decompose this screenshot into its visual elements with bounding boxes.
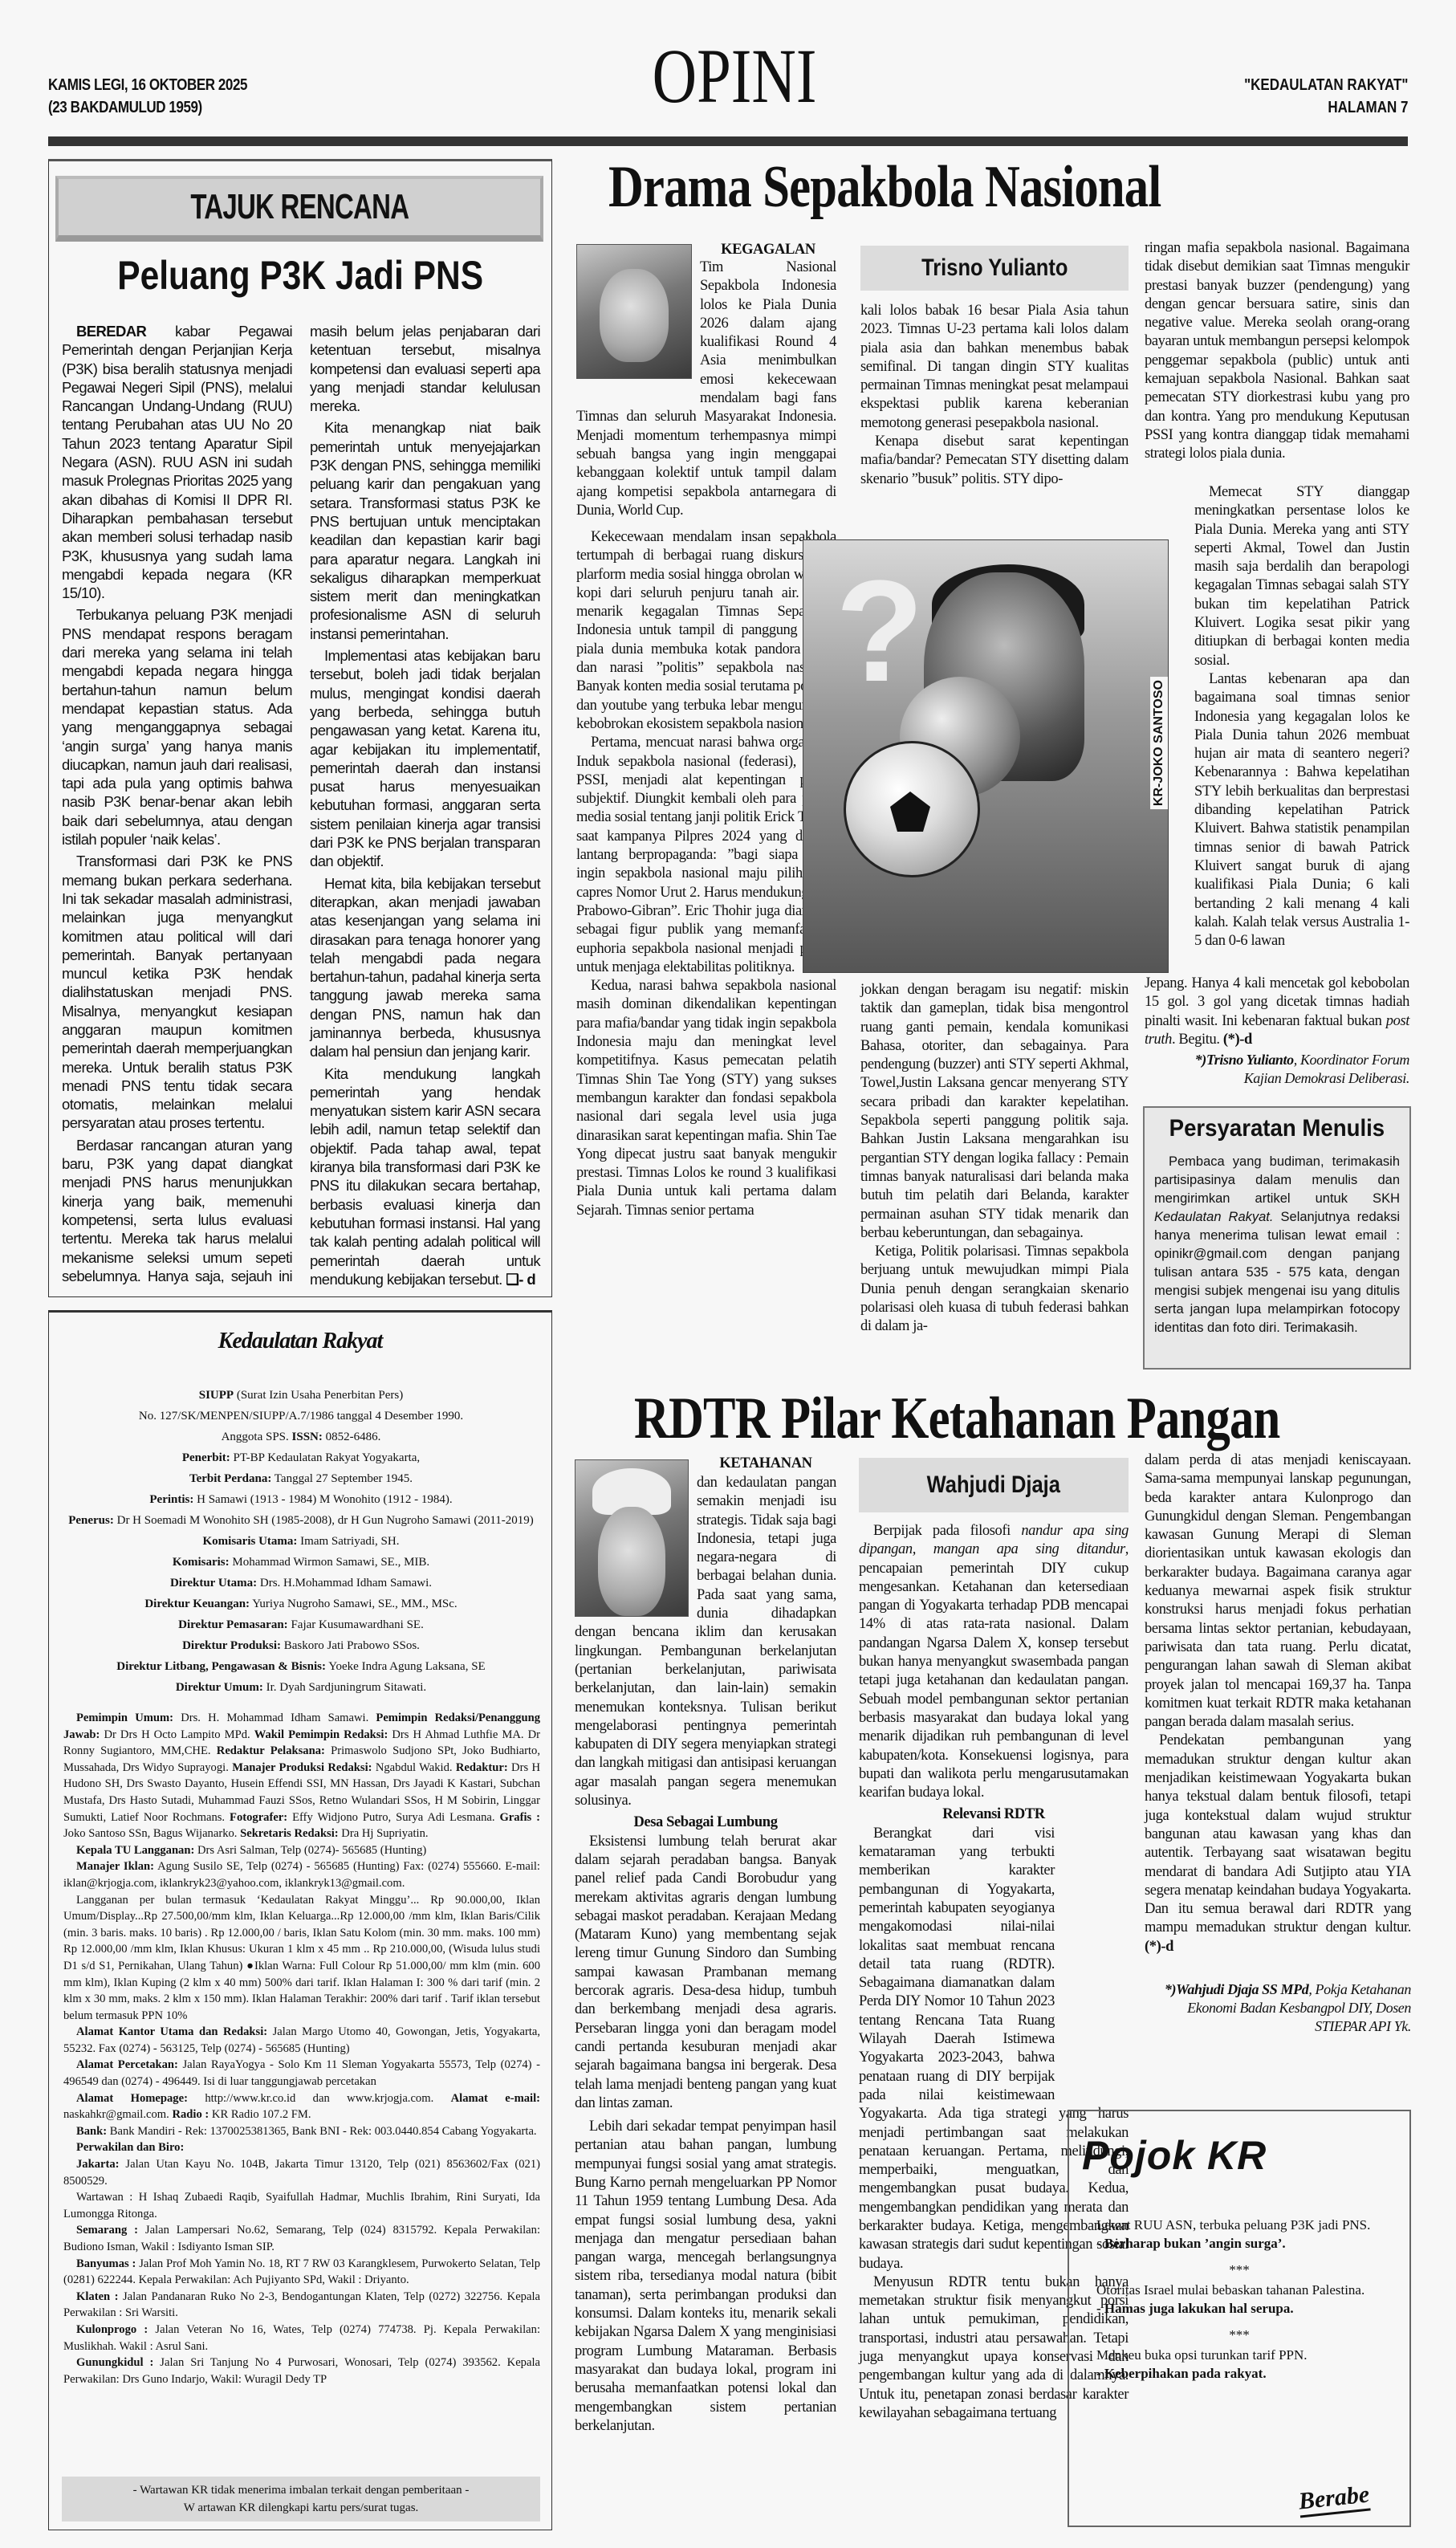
separator: *** <box>1082 2326 1397 2344</box>
date-text: KAMIS LEGI, 16 OKTOBER 2025 <box>48 74 247 96</box>
pojok-answer: - Berharap bukan ’angin surga’. <box>1082 2234 1397 2253</box>
editorial-paragraph: BEREDAR kabar Pegawai Pemerintah dengan … <box>62 322 292 602</box>
newspaper-info: "KEDAULATAN RAKYAT" HALAMAN 7 <box>1244 74 1408 119</box>
staff-paragraph: Alamat Kantor Utama dan Redaksi: Jalan M… <box>63 2024 540 2057</box>
paragraph: Kedua, narasi bahwa sepakbola nasional m… <box>576 977 836 1220</box>
editorial-paragraph: Transformasi dari P3K ke PNS memang buka… <box>62 852 292 1132</box>
article1-headline: Drama Sepakbola Nasional <box>608 151 1161 223</box>
paragraph: Ketiga, Politik polarisasi. Timnas sepak… <box>860 1243 1129 1336</box>
paragraph: Kekecewaan mendalam insan sepakbola tert… <box>576 528 836 734</box>
staff-paragraph: Jakarta: Jalan Utan Kayu No. 104B, Jakar… <box>63 2156 540 2189</box>
paragraph: Lantas kebenaran apa dan bagaimana soal … <box>1194 670 1409 950</box>
paragraph: Kenapa disebut sarat kepentingan mafia/b… <box>860 433 1129 489</box>
newspaper-name: "KEDAULATAN RAKYAT" <box>1244 74 1408 96</box>
staff-paragraph: Alamat Homepage: http://www.kr.co.id dan… <box>63 2090 540 2123</box>
staff-paragraph: Langganan per bulan termasuk ‘Kedaulatan… <box>63 1892 540 2025</box>
article1-col2-bottom: jokkan dengan beragam isu negatif: miski… <box>860 981 1129 1337</box>
staff-paragraph: Manajer Iklan: Agung Susilo SE, Telp (02… <box>63 1858 540 1891</box>
editorial-paragraph: Terbukanya peluang P3K menjadi PNS menda… <box>62 605 292 849</box>
lead-word: KETAHANAN <box>695 1455 836 1473</box>
editorial-paragraph: Hemat kita, bila kebijakan tersebut dite… <box>310 874 540 1061</box>
credit-line: Komisaris: Mohammad Wirmon Samawi, SE., … <box>62 1552 540 1573</box>
staff-paragraph: Semarang : Jalan Lampersari No.62, Semar… <box>63 2222 540 2255</box>
writing-requirements-box: Persyaratan Menulis Pembaca yang budiman… <box>1143 1106 1411 1370</box>
staff-paragraph: Kepala TU Langganan: Drs Asri Salman, Te… <box>63 1842 540 1859</box>
paragraph: Lebih dari sekadar tempat penyimpan hasi… <box>575 2118 836 2436</box>
article1-col3-mid: Memecat STY dianggap meningkatkan persen… <box>1194 483 1409 950</box>
staff-paragraph: Wartawan : H Ishaq Zubaedi Raqib, Syaifu… <box>63 2189 540 2222</box>
credit-line: Komisaris Utama: Imam Satriyadi, SH. <box>62 1531 540 1552</box>
illustration-credit: KR-JOKO SANTOSO <box>1150 677 1168 809</box>
paragraph: ringan mafia sepakbola nasional. Bagaima… <box>1145 239 1409 464</box>
edition-date: KAMIS LEGI, 16 OKTOBER 2025 (23 BAKDAMUL… <box>48 74 247 119</box>
pojok-answer: - Hamas juga lakukan hal serupa. <box>1082 2299 1397 2318</box>
editorial-box: TAJUK RENCANA Peluang P3K Jadi PNS BERED… <box>48 159 552 1297</box>
disclaimer-line: - Wartawan KR tidak menerima imbalan ter… <box>62 2481 540 2499</box>
subheading: Relevansi RDTR <box>859 1805 1129 1824</box>
editorial-body: BEREDAR kabar Pegawai Pemerintah dengan … <box>62 322 540 1288</box>
illustration-football: ? KR-JOKO SANTOSO <box>803 539 1169 973</box>
paragraph: Berpijak pada filosofi nandur apa sing d… <box>859 1522 1129 1802</box>
kr-logo: Kedaulatan Rakyat <box>49 1329 551 1354</box>
staff-paragraph: Pemimpin Umum: Drs. H. Mohammad Idham Sa… <box>63 1710 540 1842</box>
staff-paragraph: Klaten : Jalan Pandanaran Ruko No 2-3, B… <box>63 2289 540 2322</box>
article2-intro: dan kedaulatan pangan semakin menjadi is… <box>575 1474 836 2436</box>
paragraph: dalam perda di atas menjadi keniscayaan.… <box>1145 1451 1411 1732</box>
header-rule <box>48 136 1408 146</box>
credit-line: Direktur Utama: Drs. H.Mohammad Idham Sa… <box>62 1573 540 1594</box>
editorial-label: TAJUK RENCANA <box>55 176 543 242</box>
author-bio: *)Trisno Yulianto, Koordinator Forum Kaj… <box>1145 1051 1409 1088</box>
masthead-box: Kedaulatan Rakyat SIUPP (Surat Izin Usah… <box>48 1310 552 2530</box>
paragraph: Eksistensi lumbung telah berurat akar da… <box>575 1833 836 2113</box>
photo-spacer <box>575 1474 697 1617</box>
credit-line: Direktur Produksi: Baskoro Jati Prabowo … <box>62 1635 540 1656</box>
page-number: HALAMAN 7 <box>1244 96 1408 119</box>
masthead-disclaimer: - Wartawan KR tidak menerima imbalan ter… <box>62 2477 540 2522</box>
staff-paragraph: Kulonprogo : Jalan Veteran No 16, Wates,… <box>63 2322 540 2355</box>
staff-paragraph: Bank: Bank Mandiri - Rek: 1370025381365,… <box>63 2123 540 2140</box>
author-bio: *)Wahjudi Djaja SS MPd, Pokja Ketahanan … <box>1145 1980 1411 2036</box>
credit-line: Penerus: Dr H Soemadi M Wonohito SH (198… <box>62 1510 540 1531</box>
credit-line: Direktur Keuangan: Yuriya Nugroho Samawi… <box>62 1594 540 1614</box>
editorial-paragraph: Implementasi atas kebijakan baru tersebu… <box>310 646 540 871</box>
pojok-kr-items: Lewat RUU ASN, terbuka peluang P3K jadi … <box>1069 2216 1409 2383</box>
disclaimer-line: W artawan KR dilengkapi kartu pers/surat… <box>62 2499 540 2517</box>
photo-spacer <box>576 258 700 391</box>
lead-word: KEGAGALAN <box>700 241 836 259</box>
author-box-trisno: Trisno Yulianto <box>860 246 1129 291</box>
paragraph: Pertama, mencuat narasi bahwa organisasi… <box>576 734 836 977</box>
football-icon <box>844 741 980 877</box>
editorial-headline: Peluang P3K Jadi PNS <box>49 250 551 301</box>
article1-intro: Tim Nasional Sepakbola Indonesia lolos k… <box>576 258 836 520</box>
staff-paragraph: Alamat Percetakan: Jalan RayaYogya - Sol… <box>63 2057 540 2090</box>
editorial-paragraph: Kita mendukung langkah pemerintah yang h… <box>310 1064 540 1289</box>
credit-line: Direktur Litbang, Pengawasan & Bisnis: Y… <box>62 1656 540 1677</box>
article1-col1: Kekecewaan mendalam insan sepakbola tert… <box>576 528 836 1220</box>
staff-paragraph: Gunungkidul : Jalan Sri Tanjung No 4 Pur… <box>63 2355 540 2387</box>
pojok-question: Lewat RUU ASN, terbuka peluang P3K jadi … <box>1082 2216 1397 2234</box>
subheading: Desa Sebagai Lumbung <box>575 1813 836 1832</box>
question-mark-icon: ? <box>836 548 924 714</box>
article2-headline: RDTR Pilar Ketahanan Pangan <box>634 1382 1279 1455</box>
staff-paragraph: Perwakilan dan Biro: <box>63 2139 540 2156</box>
staff-paragraph: Banyumas : Jalan Prof Moh Yamin No. 18, … <box>63 2256 540 2289</box>
pojok-spacer <box>1055 1825 1129 2090</box>
credit-line: No. 127/SK/MENPEN/SIUPP/A.7/1986 tanggal… <box>62 1406 540 1427</box>
pojok-kr-logo: Pojok KR <box>1074 2127 1409 2184</box>
paragraph: Pendekatan pembangunan yang memadukan st… <box>1145 1732 1411 1956</box>
requirements-body: Pembaca yang budiman, terimakasih partis… <box>1145 1146 1409 1337</box>
article1-col3-bottom: Jepang. Hanya 4 kali mencetak gol kebobo… <box>1145 975 1409 1088</box>
credit-line: Penerbit: PT-BP Kedaulatan Rakyat Yogyak… <box>62 1447 540 1468</box>
separator: *** <box>1082 2261 1397 2279</box>
masthead-credits: SIUPP (Surat Izin Usaha Penerbitan Pers)… <box>62 1385 540 1698</box>
author-box-wahjudi: Wahjudi Djaja <box>859 1458 1129 1512</box>
credit-line: Perintis: H Samawi (1913 - 1984) M Wonoh… <box>62 1489 540 1510</box>
article1-col3-top: ringan mafia sepakbola nasional. Bagaima… <box>1145 239 1409 464</box>
editorial-paragraph: Kita menangkap niat baik pemerintah untu… <box>310 418 540 643</box>
pojok-kr-box: Pojok KR Lewat RUU ASN, terbuka peluang … <box>1068 2110 1411 2527</box>
requirements-title: Persyaratan Menulis <box>1145 1111 1409 1146</box>
paragraph: kali lolos babak 16 besar Piala Asia tah… <box>860 302 1129 433</box>
pojok-question: Otoritas Israel mulai bebaskan tahanan P… <box>1082 2281 1397 2299</box>
end-mark: ❑- d <box>506 1271 535 1288</box>
paragraph: Memecat STY dianggap meningkatkan persen… <box>1194 483 1409 670</box>
masthead-staff: Pemimpin Umum: Drs. H. Mohammad Idham Sa… <box>63 1710 540 2387</box>
paragraph: jokkan dengan beragam isu negatif: miski… <box>860 981 1129 1243</box>
article2-lead: KETAHANAN <box>695 1455 836 1473</box>
pojok-signature: Berabe <box>1297 2481 1371 2517</box>
section-title: OPINI <box>641 32 828 120</box>
article1-intro-narrow: KEGAGALAN <box>700 241 836 259</box>
pojok-answer: - Keberpihakan pada rakyat. <box>1082 2364 1397 2383</box>
credit-line: SIUPP (Surat Izin Usaha Penerbitan Pers) <box>62 1385 540 1406</box>
article2-col3: dalam perda di atas menjadi keniscayaan.… <box>1145 1451 1411 2036</box>
paragraph: Jepang. Hanya 4 kali mencetak gol kebobo… <box>1145 975 1409 1049</box>
credit-line: Anggota SPS. ISSN: 0852-6486. <box>62 1427 540 1447</box>
javanese-date-text: (23 BAKDAMULUD 1959) <box>48 96 247 119</box>
credit-line: Direktur Pemasaran: Fajar Kusumawardhani… <box>62 1614 540 1635</box>
article1-col2-top: kali lolos babak 16 besar Piala Asia tah… <box>860 302 1129 489</box>
credit-line: Direktur Umum: Ir. Dyah Sardjuningrum Si… <box>62 1677 540 1698</box>
credit-line: Terbit Perdana: Tanggal 27 September 194… <box>62 1468 540 1489</box>
pojok-question: Menkeu buka opsi turunkan tarif PPN. <box>1082 2346 1397 2364</box>
